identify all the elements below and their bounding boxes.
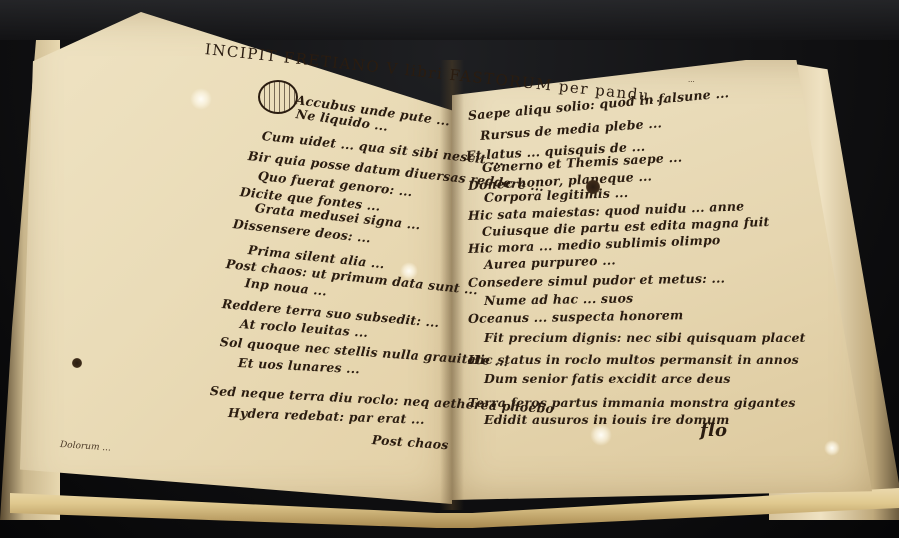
ink-stain: [72, 358, 82, 368]
globe-drawing: [258, 80, 298, 114]
closing-mark: flo: [700, 420, 727, 441]
ink-stain: [586, 180, 600, 194]
manuscript-line: Nume ad hac ... suos: [484, 290, 634, 308]
manuscript-line: Dum senior fatis excidit arce deus: [484, 371, 731, 386]
manuscript-line: Terra feros partus immania monstra gigan…: [468, 395, 796, 410]
light-reflection: [590, 424, 612, 446]
light-reflection: [824, 440, 840, 456]
light-reflection: [190, 88, 212, 110]
open-manuscript-book: INCIPIT FRETIANO V libri FASTORUM per pa…: [0, 0, 899, 538]
folio-number: ...: [688, 76, 695, 84]
manuscript-line: Fit precium dignis: nec sibi quisquam pl…: [484, 330, 806, 345]
light-reflection: [400, 262, 418, 280]
manuscript-line: Hic status in roclo multos permansit in …: [468, 352, 799, 367]
